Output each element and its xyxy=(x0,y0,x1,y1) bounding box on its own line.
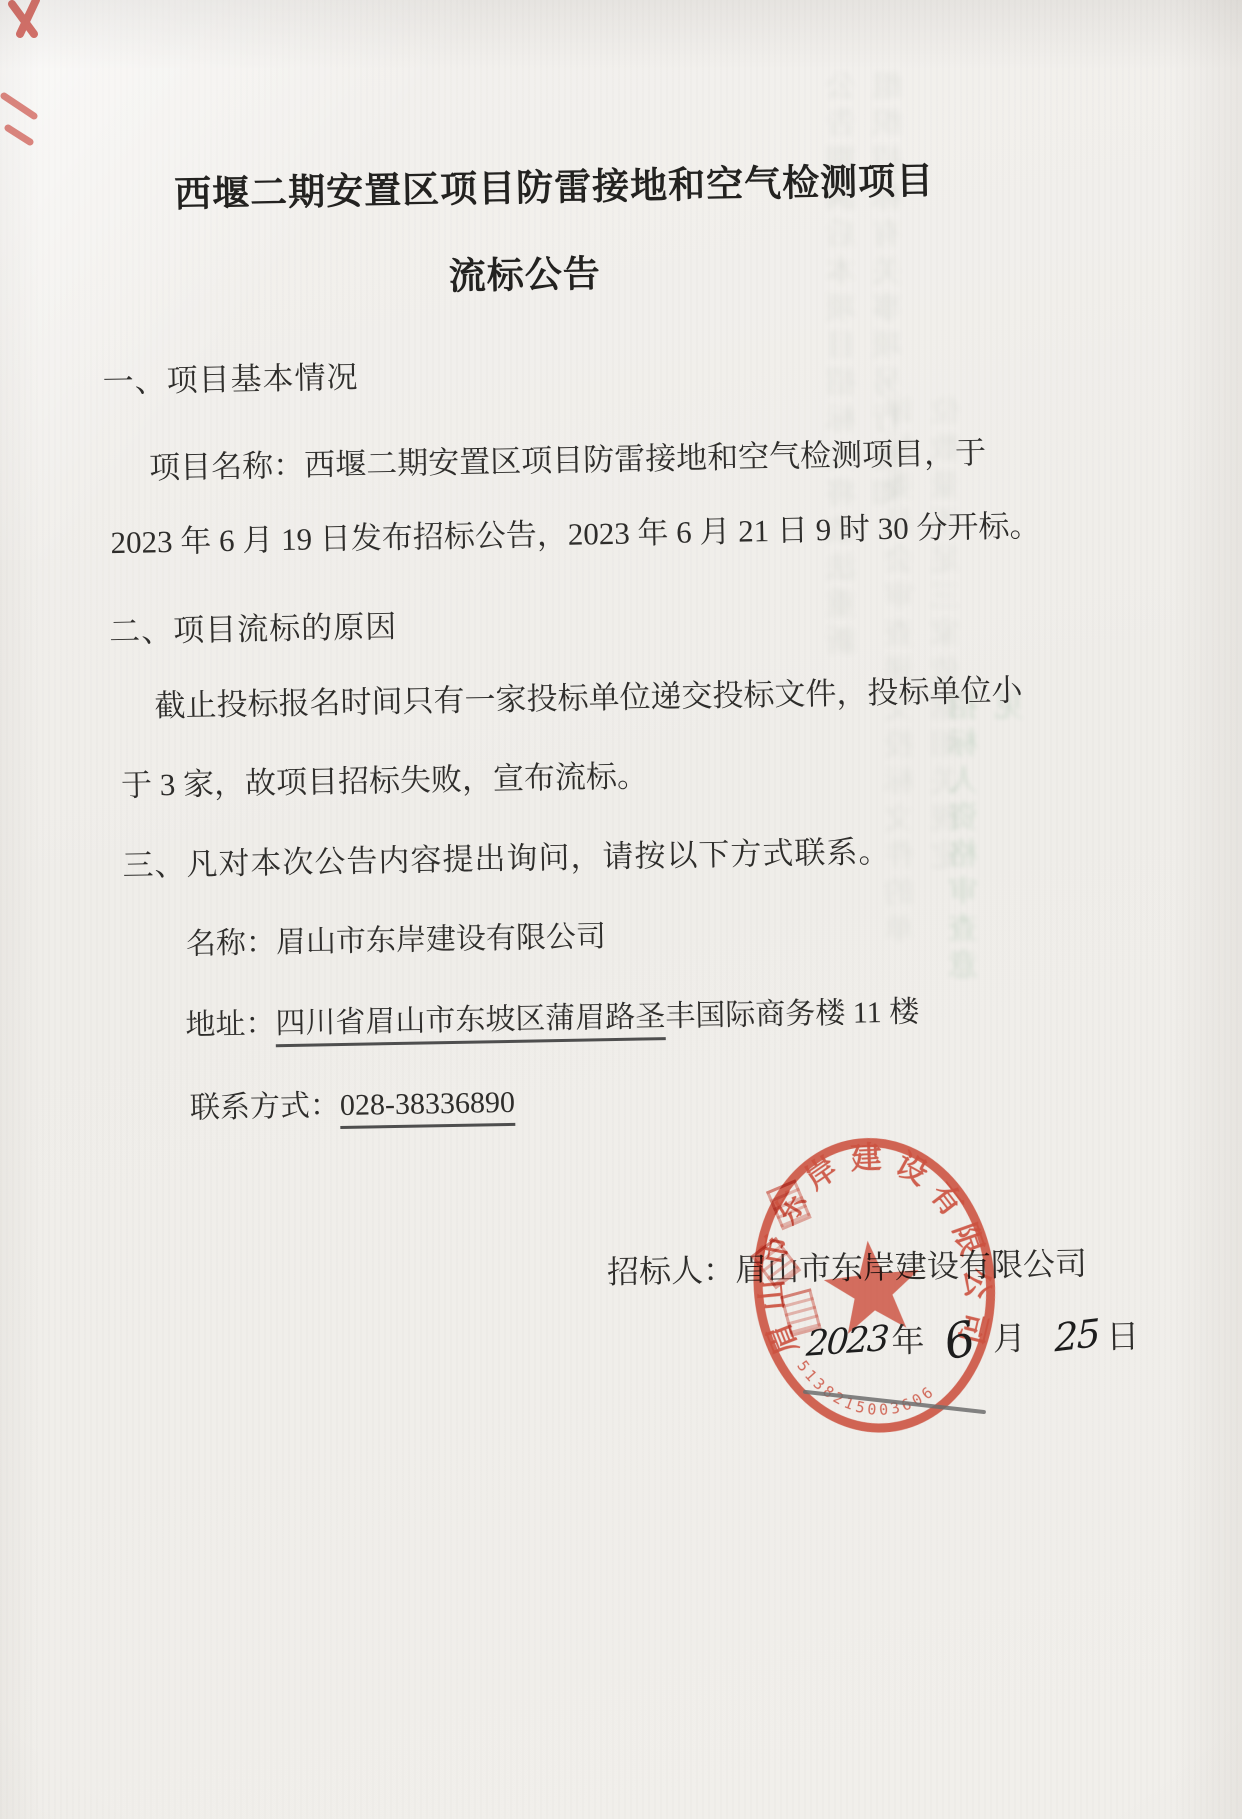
year-unit: 年 xyxy=(891,1323,927,1360)
phone-number: 028-38336890 xyxy=(340,1086,516,1129)
document-content: 西堰二期安置区项目防雷接地和空气检测项目 流标公告 一、项目基本情况 项目名称：… xyxy=(0,0,1242,1819)
section1-heading: 一、项目基本情况 xyxy=(102,352,359,402)
document-subtitle: 流标公告 xyxy=(448,243,601,300)
red-corner-marks-icon xyxy=(0,0,90,160)
section2-paragraph-line: 于 3 家，故项目招标失败，宣布流标。 xyxy=(121,750,649,805)
contact-name-line: 名称：眉山市东岸建设有限公司 xyxy=(185,911,606,963)
section2-paragraph-line: 截止投标报名时间只有一家投标单位递交投标文件，投标单位小 xyxy=(154,664,1023,725)
contact-phone-line: 联系方式：028-38336890 xyxy=(189,1077,515,1127)
section1-paragraph-line: 项目名称：西堰二期安置区项目防雷接地和空气检测项目，于 xyxy=(149,427,987,487)
handwritten-month: 6 xyxy=(939,1310,982,1371)
contact-address-line: 地址：四川省眉山市东坡区蒲眉路圣丰国际商务楼 11 楼 xyxy=(185,986,920,1043)
handwritten-day: 25 xyxy=(1054,1311,1099,1361)
day-unit: 日 xyxy=(1106,1319,1142,1356)
handwritten-year: 2023 xyxy=(805,1319,889,1365)
phone-label: 联系方式： xyxy=(190,1089,341,1125)
scanned-document-page: 公告期满后本项目招标人将依法重新组织招标有关事项另行通知 评标委员会审查递交投标… xyxy=(0,0,1242,1819)
signature-date-line: 2023年6月25日 xyxy=(806,1309,1142,1371)
address-label: 地址： xyxy=(185,1007,276,1042)
address-rest: 丰国际商务楼 11 楼 xyxy=(665,995,919,1033)
address-underlined-part: 四川省眉山市东坡区蒲眉路圣 xyxy=(275,1000,666,1047)
document-title: 西堰二期安置区项目防雷接地和空气检测项目 xyxy=(174,150,935,218)
month-unit: 月 xyxy=(993,1321,1029,1358)
section3-heading: 三、凡对本次公告内容提出询问，请按以下方式联系。 xyxy=(122,826,891,885)
section2-heading: 二、项目流标的原因 xyxy=(109,601,398,651)
section1-paragraph-line: 2023 年 6 月 19 日发布招标公告，2023 年 6 月 21 日 9 … xyxy=(110,500,1041,562)
